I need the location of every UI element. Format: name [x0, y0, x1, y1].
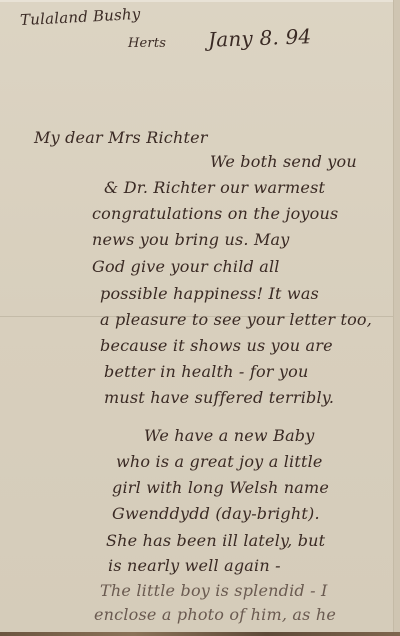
body-line: a pleasure to see your letter too,	[100, 310, 372, 329]
address-line-2: Herts	[128, 36, 166, 51]
page-right-edge	[393, 0, 400, 632]
body-line: who is a great joy a little	[116, 452, 323, 471]
body-line: must have suffered terribly.	[104, 388, 334, 407]
address-line-1: Tulaland Bushy	[20, 5, 141, 29]
letter-date: Jany 8. 94	[208, 24, 312, 52]
body-line: possible happiness! It was	[100, 284, 319, 303]
body-line: We both send you	[210, 152, 357, 171]
body-line: congratulations on the joyous	[92, 204, 338, 223]
body-line: better in health - for you	[104, 362, 309, 381]
page-bottom-edge	[0, 632, 400, 636]
body-line: She has been ill lately, but	[106, 531, 325, 550]
body-line: God give your child all	[92, 257, 280, 276]
body-line: Gwenddydd (day-bright).	[112, 504, 320, 523]
body-line: enclose a photo of him, as he	[94, 605, 336, 624]
salutation: My dear Mrs Richter	[34, 128, 208, 147]
body-line: The little boy is splendid - I	[100, 581, 328, 600]
page-top-edge	[0, 0, 400, 2]
body-line: is nearly well again -	[108, 556, 281, 575]
letter-page: Tulaland Bushy Herts Jany 8. 94 My dear …	[0, 0, 393, 632]
body-line: because it shows us you are	[100, 336, 333, 355]
body-line: We have a new Baby	[144, 426, 315, 445]
body-line: news you bring us. May	[92, 230, 290, 249]
body-line: & Dr. Richter our warmest	[104, 178, 325, 197]
body-line: girl with long Welsh name	[112, 478, 329, 497]
